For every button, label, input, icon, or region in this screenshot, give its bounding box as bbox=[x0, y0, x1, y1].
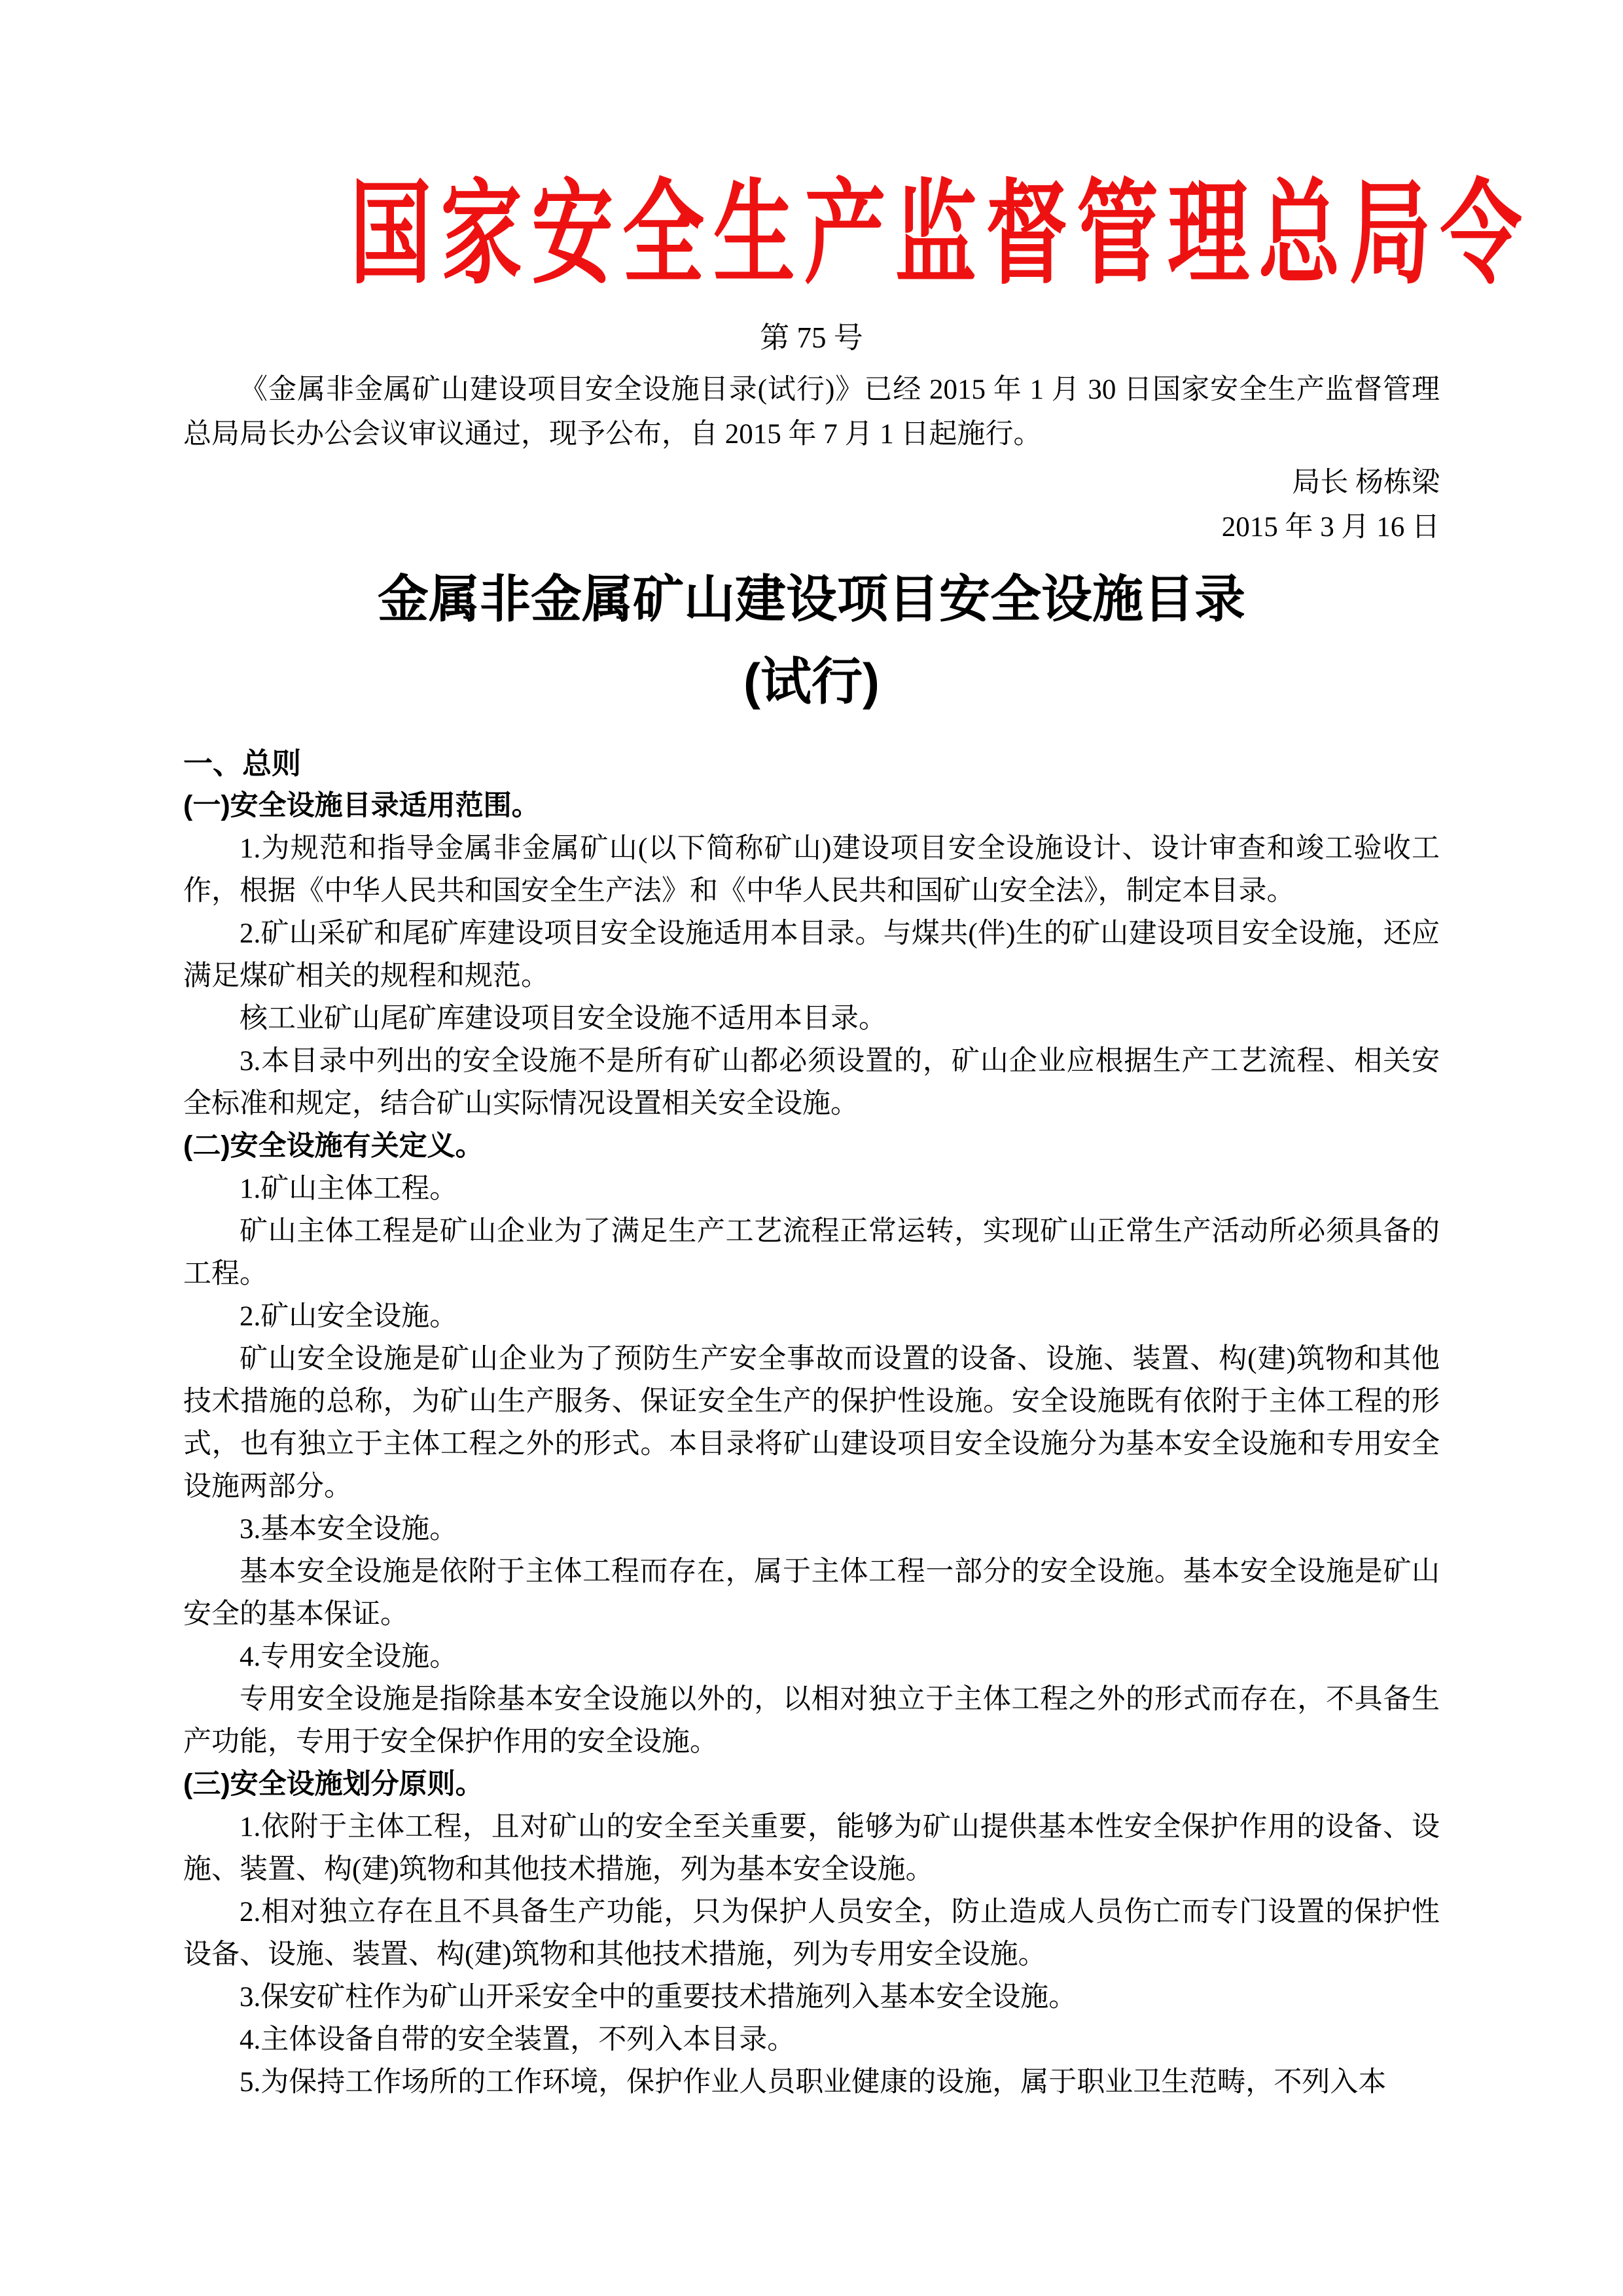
signer-line: 局长 杨栋梁 bbox=[183, 461, 1440, 505]
document-body: 一、总则 (一)安全设施目录适用范围。 1.为规范和指导金属非金属矿山(以下简称… bbox=[183, 742, 1440, 2104]
paragraph: 矿山安全设施是矿山企业为了预防生产安全事故而设置的设备、设施、装置、构(建)筑物… bbox=[183, 1338, 1440, 1508]
paragraph: 2.矿山安全设施。 bbox=[183, 1295, 1440, 1338]
decree-date: 2015 年 3 月 16 日 bbox=[183, 505, 1440, 550]
paragraph: 核工业矿山尾矿库建设项目安全设施不适用本目录。 bbox=[183, 997, 1440, 1040]
document-page: 国家安全生产监督管理总局令 第 75 号 《金属非金属矿山建设项目安全设施目录(… bbox=[0, 0, 1623, 2296]
document-title: 金属非金属矿山建设项目安全设施目录 bbox=[183, 571, 1440, 627]
order-number: 第 75 号 bbox=[183, 321, 1440, 355]
masthead: 国家安全生产监督管理总局令 bbox=[183, 178, 1440, 291]
subsection-heading: (二)安全设施有关定义。 bbox=[183, 1125, 1440, 1168]
page-content: 国家安全生产监督管理总局令 第 75 号 《金属非金属矿山建设项目安全设施目录(… bbox=[183, 0, 1440, 2104]
paragraph: 4.专用安全设施。 bbox=[183, 1636, 1440, 1678]
paragraph: 3.基本安全设施。 bbox=[183, 1508, 1440, 1551]
paragraph: 1.依附于主体工程，且对矿山的安全至关重要，能够为矿山提供基本性安全保护作用的设… bbox=[183, 1806, 1440, 1891]
paragraph: 1.矿山主体工程。 bbox=[183, 1168, 1440, 1210]
document-subtitle: (试行) bbox=[183, 653, 1440, 709]
paragraph: 1.为规范和指导金属非金属矿山(以下简称矿山)建设项目安全设施设计、设计审查和竣… bbox=[183, 827, 1440, 912]
masthead-title: 国家安全生产监督管理总局令 bbox=[350, 178, 1531, 291]
paragraph: 4.主体设备自带的安全装置，不列入本目录。 bbox=[183, 2018, 1440, 2061]
section-heading: 一、总则 bbox=[183, 742, 1440, 785]
paragraph: 矿山主体工程是矿山企业为了满足生产工艺流程正常运转，实现矿山正常生产活动所必须具… bbox=[183, 1210, 1440, 1295]
paragraph: 专用安全设施是指除基本安全设施以外的，以相对独立于主体工程之外的形式而存在，不具… bbox=[183, 1678, 1440, 1763]
paragraph: 2.相对独立存在且不具备生产功能，只为保护人员安全，防止造成人员伤亡而专门设置的… bbox=[183, 1891, 1440, 1976]
paragraph: 基本安全设施是依附于主体工程而存在，属于主体工程一部分的安全设施。基本安全设施是… bbox=[183, 1551, 1440, 1636]
subsection-heading: (三)安全设施划分原则。 bbox=[183, 1763, 1440, 1806]
paragraph: 2.矿山采矿和尾矿库建设项目安全设施适用本目录。与煤共(伴)生的矿山建设项目安全… bbox=[183, 912, 1440, 997]
subsection-heading: (一)安全设施目录适用范围。 bbox=[183, 785, 1440, 827]
paragraph: 3.本目录中列出的安全设施不是所有矿山都必须设置的，矿山企业应根据生产工艺流程、… bbox=[183, 1040, 1440, 1125]
paragraph: 5.为保持工作场所的工作环境，保护作业人员职业健康的设施，属于职业卫生范畴，不列… bbox=[183, 2061, 1440, 2104]
decree-preamble: 《金属非金属矿山建设项目安全设施目录(试行)》已经 2015 年 1 月 30 … bbox=[183, 368, 1440, 457]
paragraph: 3.保安矿柱作为矿山开采安全中的重要技术措施列入基本安全设施。 bbox=[183, 1976, 1440, 2018]
